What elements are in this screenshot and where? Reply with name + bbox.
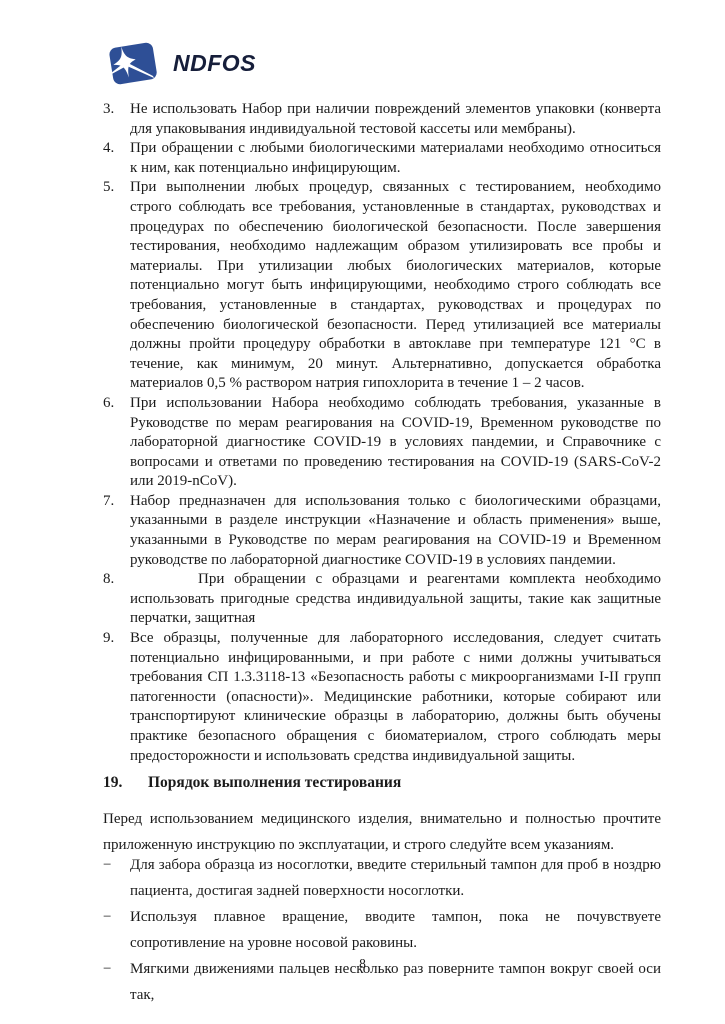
item-number: 3. [103,100,130,139]
item-text: При обращении с образцами и реагентами к… [130,570,661,629]
item-text: При использовании Набора необходимо собл… [130,394,661,492]
item-text: Все образцы, полученные для лабораторног… [130,629,661,766]
list-item-8: 8. При обращении с образцами и реагентам… [103,570,661,629]
item-number: 6. [103,394,130,492]
ndfos-logo: NDFOS [104,40,256,86]
section-heading: 19. Порядок выполнения тестирования [103,774,661,792]
item-number: 4. [103,139,130,178]
page-number: 8 [0,956,725,972]
intro-paragraph: Перед использованием медицинского издели… [103,806,661,858]
dash-item: − Для забора образца из носоглотки, введ… [103,852,661,904]
section-title: Порядок выполнения тестирования [148,774,401,792]
item-text: При обращении с любыми биологическими ма… [130,139,661,178]
item-text: Не использовать Набор при наличии повреж… [130,100,661,139]
dash-item-text: Для забора образца из носоглотки, введит… [130,852,661,904]
item-number: 8. [103,570,130,629]
dash-item-text: Используя плавное вращение, вводите тамп… [130,904,661,956]
list-item-6: 6. При использовании Набора необходимо с… [103,394,661,492]
section-number: 19. [103,774,148,792]
dash-item: − Используя плавное вращение, вводите та… [103,904,661,956]
list-item-9: 9. Все образцы, полученные для лаборатор… [103,629,661,766]
ndfos-logo-text: NDFOS [173,50,256,77]
item-number: 7. [103,492,130,570]
list-item-4: 4. При обращении с любыми биологическими… [103,139,661,178]
document-page: NDFOS 3. Не использовать Набор при налич… [0,0,725,1024]
ndfos-logo-icon [104,40,162,86]
dash-list: − Для забора образца из носоглотки, введ… [103,852,661,1008]
list-item-3: 3. Не использовать Набор при наличии пов… [103,100,661,139]
item-number: 9. [103,629,130,766]
numbered-list: 3. Не использовать Набор при наличии пов… [103,100,661,766]
dash-marker: − [103,904,130,956]
dash-marker: − [103,852,130,904]
item-number: 5. [103,178,130,394]
item-text: Набор предназначен для использования тол… [130,492,661,570]
item-text: При выполнении любых процедур, связанных… [130,178,661,394]
list-item-5: 5. При выполнении любых процедур, связан… [103,178,661,394]
list-item-7: 7. Набор предназначен для использования … [103,492,661,570]
